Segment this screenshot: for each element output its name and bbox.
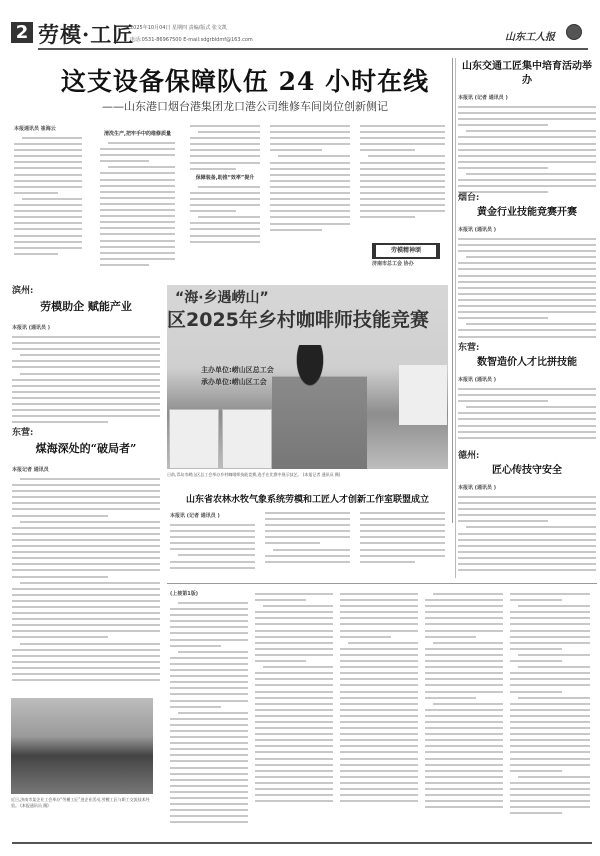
mid-story-byline: 本报讯 (记者 通讯员 ) bbox=[170, 512, 255, 519]
mid-story-col-2 bbox=[265, 512, 350, 572]
sidebar-story-3: 东营: 数智造价人才比拼技能 本报讯 (通讯员 ) bbox=[458, 340, 596, 440]
issue-date-line: 2025年10月04日 星期四 责编/版式 张文凯 bbox=[130, 24, 227, 31]
section-divider bbox=[167, 583, 597, 584]
mid-story-col-1: 本报讯 (记者 通讯员 ) bbox=[170, 512, 255, 572]
left-story-2: 东营: 煤海深处的“破局者” 本报记者 通讯员 bbox=[12, 425, 160, 690]
photo-host: 承办单位:崂山区工会 bbox=[201, 377, 267, 387]
barista-figure bbox=[272, 345, 367, 469]
story-headline: 劳模助企 赋能产业 bbox=[12, 298, 160, 314]
photo-caption: 日前,青岛市崂山区总工会举办乡村咖啡师技能竞赛,选手在比赛中展示技艺。 (本报记… bbox=[167, 472, 448, 478]
photo-banner-line2: 区2025年乡村咖啡师技能竞赛 bbox=[167, 305, 429, 332]
sidebar-byline: 本报讯 (通讯员 ) bbox=[458, 484, 596, 491]
continued-label: (上接第1版) bbox=[170, 590, 248, 597]
milk-carton bbox=[169, 409, 219, 469]
union-emblem-icon bbox=[566, 24, 582, 40]
lead-byline: 本报通讯员 崔海云 bbox=[14, 125, 82, 132]
lead-body-col-3: 保障装备,助推“效率”提升 bbox=[190, 125, 260, 265]
lead-headline: 这支设备保障队伍 24 小时在线 bbox=[40, 62, 450, 98]
coffee-competition-photo: “海·乡遇崂山” 区2025年乡村咖啡师技能竞赛 主办单位:崂山区总工会 承办单… bbox=[167, 285, 448, 469]
sidebar-story-4: 德州: 匠心传技守安全 本报讯 (通讯员 ) bbox=[458, 448, 596, 573]
masthead-rule bbox=[38, 48, 588, 50]
story-byline: 本报记者 通讯员 bbox=[12, 466, 160, 473]
seal-caption: 济南市总工会 协办 bbox=[372, 260, 440, 267]
lead-body-col-2: 清洗生产,把牢手中的维修质量 bbox=[100, 127, 175, 267]
mid-story: 山东省农林水牧气象系统劳模和工匠人才创新工作室联盟成立 bbox=[167, 492, 448, 505]
lead-body-col-4 bbox=[270, 125, 350, 235]
story-byline: 本报讯 (通讯员 ) bbox=[12, 324, 160, 331]
page-number: 2 bbox=[11, 22, 33, 43]
column-seal-box: 劳模精神颂 bbox=[372, 243, 440, 259]
sidebar-kicker: 德州: bbox=[458, 448, 596, 461]
sidebar-headline: 山东交通工匠集中培育活动举办 bbox=[458, 60, 596, 88]
lead-body-col-1: 本报通讯员 崔海云 bbox=[14, 125, 82, 265]
lead-subheadline: ——山东港口烟台港集团龙口港公司维修车间岗位创新侧记 bbox=[40, 98, 450, 114]
sidebar-story-1: 山东交通工匠集中培育活动举办 本报讯 (记者 通讯员 ) bbox=[458, 60, 596, 200]
coffee-machine bbox=[399, 365, 447, 425]
bottom-col-4 bbox=[425, 593, 503, 845]
section-title: 劳模·工匠 bbox=[38, 19, 134, 49]
story-kicker: 东营: bbox=[12, 425, 160, 438]
bottom-col-1: (上接第1版) bbox=[170, 590, 248, 845]
newspaper-logo: 山东工人报 bbox=[505, 28, 555, 43]
workers-gathering-photo bbox=[11, 698, 153, 794]
story-headline: 煤海深处的“破局者” bbox=[12, 440, 160, 456]
bottom-col-2 bbox=[255, 593, 333, 845]
mid-story-headline: 山东省农林水牧气象系统劳模和工匠人才创新工作室联盟成立 bbox=[167, 492, 448, 505]
sidebar-headline: 数智造价人才比拼技能 bbox=[458, 353, 596, 368]
story-kicker: 滨州: bbox=[12, 283, 160, 296]
lead-subhead-2: 保障装备,助推“效率”提升 bbox=[190, 174, 260, 181]
contact-line: 电话:0531-86967500 E-mail:sdgrbldmf@163.co… bbox=[130, 36, 253, 43]
lead-body-col-5 bbox=[360, 125, 445, 235]
bottom-col-3 bbox=[340, 593, 418, 845]
body-text-lines bbox=[14, 137, 82, 255]
lead-subhead-1: 清洗生产,把牢手中的维修质量 bbox=[100, 130, 175, 137]
mid-story-col-3 bbox=[360, 512, 445, 572]
sidebar-headline: 匠心传技守安全 bbox=[458, 461, 596, 476]
page-bottom-rule bbox=[12, 842, 592, 844]
left-story-1: 滨州: 劳模助企 赋能产业 本报讯 (通讯员 ) bbox=[12, 283, 160, 443]
sidebar-byline: 本报讯 (通讯员 ) bbox=[458, 226, 596, 233]
bottom-col-5 bbox=[510, 593, 590, 845]
sidebar-story-2: 烟台: 黄金行业技能竞赛开赛 本报讯 (通讯员 ) bbox=[458, 190, 596, 340]
sidebar-kicker: 东营: bbox=[458, 340, 596, 353]
sidebar-headline: 黄金行业技能竞赛开赛 bbox=[458, 203, 596, 218]
sidebar-byline: 本报讯 (通讯员 ) bbox=[458, 376, 596, 383]
sidebar-divider bbox=[455, 58, 456, 578]
photo-banner-line1: “海·乡遇崂山” bbox=[175, 287, 269, 307]
milk-carton bbox=[222, 409, 272, 469]
column-divider bbox=[452, 58, 453, 523]
bottom-photo-caption: 近日,济南市某企业工会举办“劳模工匠”进企业活动,劳模工匠与职工交流技术经验。 … bbox=[11, 797, 153, 809]
sidebar-byline: 本报讯 (记者 通讯员 ) bbox=[458, 94, 596, 101]
photo-organizer: 主办单位:崂山区总工会 bbox=[201, 365, 274, 375]
sidebar-kicker: 烟台: bbox=[458, 190, 596, 203]
